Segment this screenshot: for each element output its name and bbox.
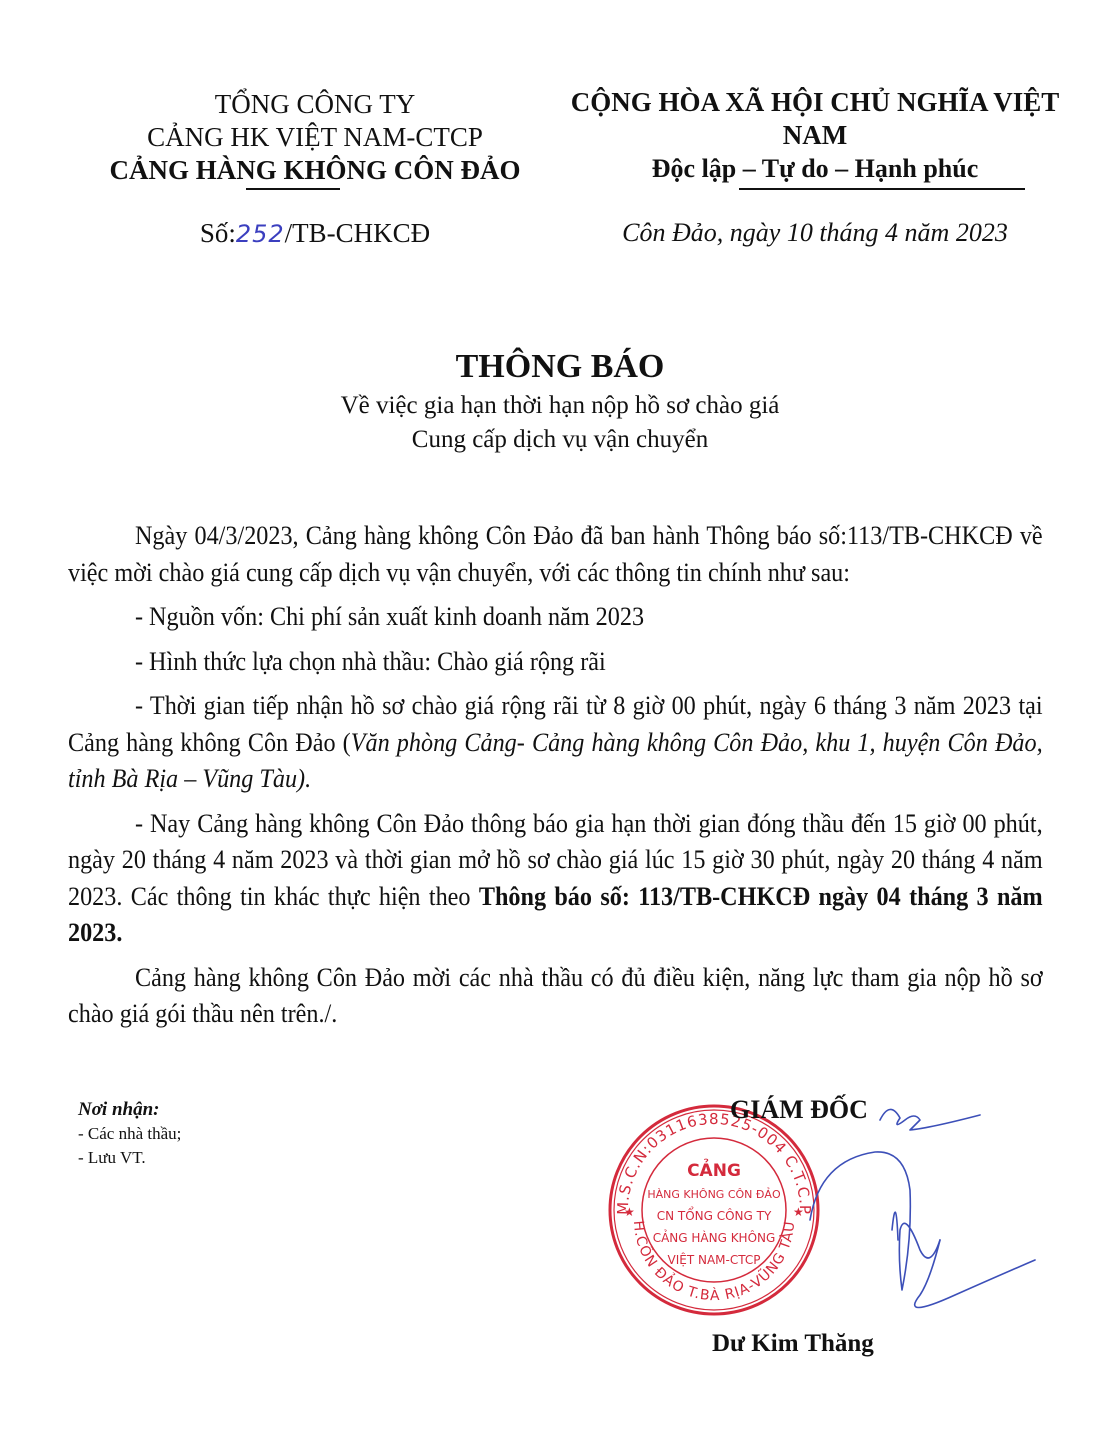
org-parent-line2: CẢNG HK VIỆT NAM-CTCP — [60, 121, 570, 154]
list-item-receiving-time: - Thời gian tiếp nhận hồ sơ chào giá rộn… — [68, 688, 1043, 798]
recipients-label: Nơi nhận: — [78, 1098, 378, 1122]
handwritten-number: 252 — [236, 220, 285, 248]
list-item-funding: - Nguồn vốn: Chi phí sản xuất kinh doanh… — [68, 599, 1043, 636]
number-suffix: /TB-CHKCĐ — [285, 218, 431, 248]
org-parent-line1: TỔNG CÔNG TY — [60, 88, 570, 121]
place-date: Côn Đảo, ngày 10 tháng 4 năm 2023 — [535, 218, 1095, 248]
national-heading: CỘNG HÒA XÃ HỘI CHỦ NGHĨA VIỆT NAM Độc l… — [535, 86, 1095, 185]
title-subject-line1: Về việc gia hạn thời hạn nộp hồ sơ chào … — [150, 389, 970, 423]
recipient-item: - Lưu VT. — [78, 1146, 378, 1170]
stamp-line: VIỆT NAM-CTCP — [668, 1252, 761, 1267]
svg-text:★: ★ — [624, 1205, 635, 1219]
motto-underline — [739, 188, 1025, 190]
recipient-item: - Các nhà thầu; — [78, 1122, 378, 1146]
org-name: CẢNG HÀNG KHÔNG CÔN ĐẢO — [60, 154, 570, 187]
list-item-extension: - Nay Cảng hàng không Côn Đảo thông báo … — [68, 806, 1043, 952]
list-item-selection-method: - Hình thức lựa chọn nhà thầu: Chào giá … — [68, 644, 1043, 681]
signer-name: Dư Kim Thăng — [712, 1330, 874, 1358]
number-prefix: Số: — [200, 218, 236, 248]
document-title: THÔNG BÁO Về việc gia hạn thời hạn nộp h… — [150, 345, 970, 457]
stamp-line: HÀNG KHÔNG CÔN ĐẢO — [647, 1187, 781, 1201]
title-main: THÔNG BÁO — [150, 345, 970, 389]
national-motto: Độc lập – Tự do – Hạnh phúc — [535, 152, 1095, 185]
handwritten-signature-icon — [780, 1090, 1040, 1330]
title-subject-line2: Cung cấp dịch vụ vận chuyển — [150, 423, 970, 457]
document-number: Số:252/TB-CHKCĐ — [60, 218, 570, 249]
stamp-line: CN TỔNG CÔNG TY — [657, 1207, 772, 1223]
recipients-block: Nơi nhận: - Các nhà thầu; - Lưu VT. — [78, 1098, 378, 1170]
country-name-line2: NAM — [535, 119, 1095, 152]
org-underline — [246, 188, 340, 190]
document-body: Ngày 04/3/2023, Cảng hàng không Côn Đảo … — [68, 518, 1043, 1033]
country-name-line1: CỘNG HÒA XÃ HỘI CHỦ NGHĨA VIỆT — [535, 86, 1095, 119]
intro-paragraph: Ngày 04/3/2023, Cảng hàng không Côn Đảo … — [68, 518, 1043, 591]
closing-paragraph: Cảng hàng không Côn Đảo mời các nhà thầu… — [68, 960, 1043, 1033]
stamp-line: CẢNG — [687, 1158, 741, 1181]
issuing-organization: TỔNG CÔNG TY CẢNG HK VIỆT NAM-CTCP CẢNG … — [60, 88, 570, 187]
stamp-line: CẢNG HÀNG KHÔNG — [653, 1229, 776, 1245]
